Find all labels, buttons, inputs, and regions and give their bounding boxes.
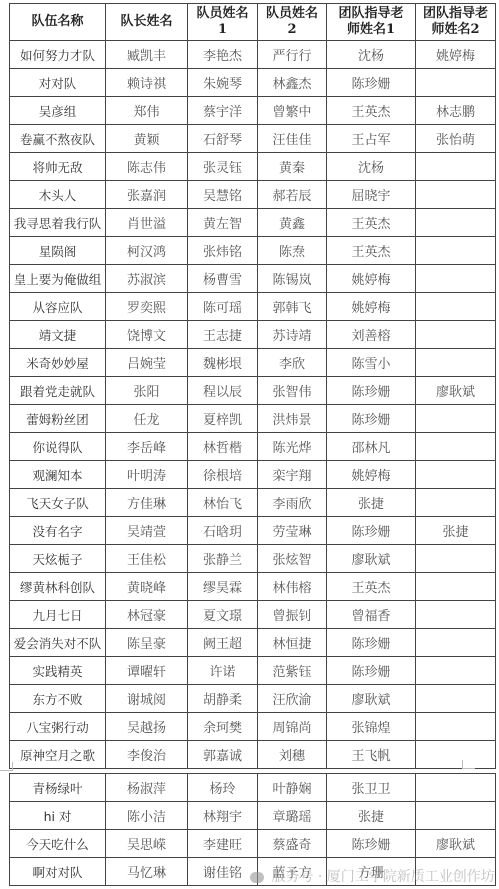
- cell-member-2: 曾繁中: [258, 97, 327, 125]
- table-row: 缪黄林科创队黄晓峰缪昊霖林伟榕王英杰: [10, 573, 496, 601]
- cell-advisor-2: [416, 573, 496, 601]
- team-roster-table: 队伍名称队长姓名队员姓名1队员姓名2团队指导老师姓名1团队指导老师姓名2 如何努…: [9, 3, 496, 769]
- cell-advisor-2: [416, 293, 496, 321]
- cell-member-2: 苏诗靖: [258, 321, 327, 349]
- column-header-member-2: 队员姓名2: [258, 4, 327, 41]
- cell-member-1: 张静兰: [188, 545, 258, 573]
- cell-captain-name: 陈志伟: [106, 153, 188, 181]
- cell-advisor-1: 陈珍姗: [327, 517, 416, 545]
- wechat-icon: [250, 872, 264, 883]
- table-row: 皇上要为俺做组苏淑滨杨曹雪陈锡岚姚婷梅: [10, 265, 496, 293]
- cell-member-1: 林翔宇: [188, 802, 258, 830]
- cell-member-2: 劳莹琳: [258, 517, 327, 545]
- cell-advisor-2: [416, 209, 496, 237]
- cell-member-2: 栾宇翔: [258, 461, 327, 489]
- cell-captain-name: 吴靖萱: [106, 517, 188, 545]
- cell-member-2: 郝若辰: [258, 181, 327, 209]
- cell-member-2: 张智伟: [258, 377, 327, 405]
- cell-member-1: 杨玲: [188, 774, 258, 802]
- cell-team-name: 星陨阁: [10, 237, 106, 265]
- column-header-captain-name: 队长姓名: [106, 4, 188, 41]
- cell-captain-name: 王佳松: [106, 545, 188, 573]
- cell-team-name: 缪黄林科创队: [10, 573, 106, 601]
- watermark: 服务号 · 厦门工学院新质工业创作坊: [250, 866, 495, 886]
- cell-advisor-2: [416, 405, 496, 433]
- cell-team-name: 九月七日: [10, 601, 106, 629]
- cell-team-name: 观澜知本: [10, 461, 106, 489]
- cell-member-2: 洪炜景: [258, 405, 327, 433]
- cell-team-name: 飞天女子队: [10, 489, 106, 517]
- cell-captain-name: 张嘉润: [106, 181, 188, 209]
- table-row: 青杨绿叶杨淑萍杨玲叶静娴张卫卫: [10, 774, 496, 802]
- cell-advisor-1: 张卫卫: [327, 774, 416, 802]
- cell-advisor-2: [416, 321, 496, 349]
- cell-captain-name: 任龙: [106, 405, 188, 433]
- table-row: 木头人张嘉润吴慧铭郝若辰屈晓宇: [10, 181, 496, 209]
- cell-advisor-1: 王英杰: [327, 573, 416, 601]
- cell-member-2: 严行行: [258, 41, 327, 69]
- cell-advisor-2: [416, 713, 496, 741]
- column-header-team-name: 队伍名称: [10, 4, 106, 41]
- roster-body: 如何努力才队臧凯丰李艳杰严行行沈杨姚婷梅对对队赖诗祺朱婉琴林鑫杰陈珍姗吴彦组郑伟…: [10, 41, 496, 769]
- cell-advisor-1: 陈珍姗: [327, 405, 416, 433]
- cell-advisor-1: 王英杰: [327, 97, 416, 125]
- table-row: 我寻思着我行队肖世溢黄左智黄鑫王英杰: [10, 209, 496, 237]
- cell-advisor-1: 姚婷梅: [327, 265, 416, 293]
- cell-member-2: 范紫钰: [258, 657, 327, 685]
- cell-member-2: 张炫智: [258, 545, 327, 573]
- cell-advisor-1: 张捷: [327, 489, 416, 517]
- cell-advisor-1: 王飞帆: [327, 741, 416, 769]
- cell-member-1: 谢佳铭: [188, 858, 258, 886]
- cell-advisor-1: 姚婷梅: [327, 461, 416, 489]
- cell-advisor-1: 邵林凡: [327, 433, 416, 461]
- table-row: 原神空月之歌李俊治郭嘉诚刘穗王飞帆: [10, 741, 496, 769]
- cell-member-1: 王志捷: [188, 321, 258, 349]
- cell-member-2: 林恒捷: [258, 629, 327, 657]
- cell-member-1: 夏文璟: [188, 601, 258, 629]
- page-break-mark-left: [0, 762, 13, 771]
- cell-advisor-1: 陈珍姗: [327, 69, 416, 97]
- cell-member-1: 石舒琴: [188, 125, 258, 153]
- cell-advisor-2: 廖耿斌: [416, 377, 496, 405]
- cell-member-1: 阙王超: [188, 629, 258, 657]
- cell-team-name: 米奇妙妙屋: [10, 349, 106, 377]
- cell-team-name: 爱会消失对不队: [10, 629, 106, 657]
- cell-member-2: 林伟榕: [258, 573, 327, 601]
- cell-advisor-2: [416, 153, 496, 181]
- cell-advisor-2: [416, 741, 496, 769]
- cell-member-2: 陈光烨: [258, 433, 327, 461]
- cell-captain-name: 赖诗祺: [106, 69, 188, 97]
- cell-team-name: 木头人: [10, 181, 106, 209]
- cell-member-2: 汪欣渝: [258, 685, 327, 713]
- cell-member-1: 夏梓凯: [188, 405, 258, 433]
- cell-member-2: 黄鑫: [258, 209, 327, 237]
- cell-member-1: 缪昊霖: [188, 573, 258, 601]
- cell-team-name: 实践精英: [10, 657, 106, 685]
- table-row: 九月七日林冠豪夏文璟曾振钊曾福香: [10, 601, 496, 629]
- cell-captain-name: 方佳琳: [106, 489, 188, 517]
- cell-advisor-2: [416, 489, 496, 517]
- cell-advisor-2: 林志鹏: [416, 97, 496, 125]
- cell-advisor-2: [416, 433, 496, 461]
- cell-captain-name: 叶明涛: [106, 461, 188, 489]
- cell-advisor-1: 沈杨: [327, 41, 416, 69]
- table-row: 如何努力才队臧凯丰李艳杰严行行沈杨姚婷梅: [10, 41, 496, 69]
- cell-member-1: 石晗玥: [188, 517, 258, 545]
- cell-advisor-2: 廖耿斌: [416, 830, 496, 858]
- cell-captain-name: 李俊治: [106, 741, 188, 769]
- column-header-advisor-2: 团队指导老师姓名2: [416, 4, 496, 41]
- table-row: 将帅无敌陈志伟张灵钰黄秦沈杨: [10, 153, 496, 181]
- cell-advisor-1: 陈雪小: [327, 349, 416, 377]
- table-row: 实践精英谭曜轩许诺范紫钰陈珍姗: [10, 657, 496, 685]
- cell-member-1: 李建旺: [188, 830, 258, 858]
- page-break-mark-right: [462, 760, 475, 769]
- cell-member-1: 蔡宇洋: [188, 97, 258, 125]
- cell-member-2: 刘穗: [258, 741, 327, 769]
- header-row: 队伍名称队长姓名队员姓名1队员姓名2团队指导老师姓名1团队指导老师姓名2: [10, 4, 496, 41]
- cell-captain-name: 张阳: [106, 377, 188, 405]
- table-row: 飞天女子队方佳琳林怡飞李雨欣张捷: [10, 489, 496, 517]
- cell-team-name: 从容应队: [10, 293, 106, 321]
- cell-member-1: 朱婉琴: [188, 69, 258, 97]
- cell-advisor-1: 陈珍姗: [327, 629, 416, 657]
- cell-team-name: 跟着党走就队: [10, 377, 106, 405]
- cell-member-1: 林怡飞: [188, 489, 258, 517]
- table-row: 靖文捷饶博文王志捷苏诗靖刘善榕: [10, 321, 496, 349]
- cell-team-name: 青杨绿叶: [10, 774, 106, 802]
- cell-advisor-2: 姚婷梅: [416, 41, 496, 69]
- cell-captain-name: 黄晓峰: [106, 573, 188, 601]
- cell-member-1: 李艳杰: [188, 41, 258, 69]
- cell-member-1: 徐根培: [188, 461, 258, 489]
- cell-advisor-1: 王占军: [327, 125, 416, 153]
- cell-advisor-2: [416, 69, 496, 97]
- cell-captain-name: 吴越扬: [106, 713, 188, 741]
- table-row: 没有名字吴靖萱石晗玥劳莹琳陈珍姗张捷: [10, 517, 496, 545]
- cell-advisor-2: [416, 237, 496, 265]
- cell-captain-name: 罗奕熙: [106, 293, 188, 321]
- cell-advisor-1: 陈珍姗: [327, 830, 416, 858]
- cell-advisor-1: 廖耿斌: [327, 545, 416, 573]
- cell-advisor-1: 王英杰: [327, 237, 416, 265]
- cell-team-name: 原神空月之歌: [10, 741, 106, 769]
- table-row: 爱会消失对不队陈呈豪阙王超林恒捷陈珍姗: [10, 629, 496, 657]
- column-header-advisor-1: 团队指导老师姓名1: [327, 4, 416, 41]
- watermark-text: 服务号 · 厦门工学院新质工业创作坊: [271, 869, 494, 885]
- cell-captain-name: 吴思嵘: [106, 830, 188, 858]
- cell-advisor-2: [416, 601, 496, 629]
- cell-team-name: 八宝粥行动: [10, 713, 106, 741]
- cell-captain-name: 李岳峰: [106, 433, 188, 461]
- cell-member-1: 许诺: [188, 657, 258, 685]
- cell-advisor-1: 陈珍姗: [327, 657, 416, 685]
- cell-member-1: 郭嘉诚: [188, 741, 258, 769]
- cell-captain-name: 谢城阅: [106, 685, 188, 713]
- cell-advisor-2: [416, 774, 496, 802]
- cell-member-2: 李欣: [258, 349, 327, 377]
- cell-team-name: 东方不败: [10, 685, 106, 713]
- table-row: 跟着党走就队张阳程以辰张智伟陈珍姗廖耿斌: [10, 377, 496, 405]
- table-row: 卷赢不熬夜队黄颖石舒琴汪佳佳王占军张怡萌: [10, 125, 496, 153]
- cell-advisor-2: [416, 265, 496, 293]
- cell-advisor-1: 姚婷梅: [327, 293, 416, 321]
- cell-advisor-2: 张怡萌: [416, 125, 496, 153]
- cell-captain-name: 饶博文: [106, 321, 188, 349]
- cell-member-2: 汪佳佳: [258, 125, 327, 153]
- cell-member-1: 胡静柔: [188, 685, 258, 713]
- cell-advisor-2: [416, 657, 496, 685]
- cell-member-1: 张炜铭: [188, 237, 258, 265]
- cell-team-name: 我寻思着我行队: [10, 209, 106, 237]
- cell-captain-name: 苏淑滨: [106, 265, 188, 293]
- cell-captain-name: 谭曜轩: [106, 657, 188, 685]
- cell-captain-name: 郑伟: [106, 97, 188, 125]
- cell-member-1: 林哲楷: [188, 433, 258, 461]
- cell-advisor-1: 刘善榕: [327, 321, 416, 349]
- cell-advisor-2: [416, 349, 496, 377]
- cell-advisor-2: [416, 629, 496, 657]
- cell-team-name: 如何努力才队: [10, 41, 106, 69]
- cell-advisor-2: 张捷: [416, 517, 496, 545]
- cell-captain-name: 柯汉鸿: [106, 237, 188, 265]
- cell-member-1: 余珂樊: [188, 713, 258, 741]
- cell-captain-name: 陈呈豪: [106, 629, 188, 657]
- cell-member-1: 张灵钰: [188, 153, 258, 181]
- table-row: 观澜知本叶明涛徐根培栾宇翔姚婷梅: [10, 461, 496, 489]
- cell-captain-name: 陈小洁: [106, 802, 188, 830]
- cell-team-name: 今天吃什么: [10, 830, 106, 858]
- cell-captain-name: 林冠豪: [106, 601, 188, 629]
- cell-team-name: 吴彦组: [10, 97, 106, 125]
- cell-member-2: 陈锡岚: [258, 265, 327, 293]
- cell-team-name: 皇上要为俺做组: [10, 265, 106, 293]
- cell-member-1: 程以辰: [188, 377, 258, 405]
- cell-advisor-2: [416, 461, 496, 489]
- cell-member-2: 林鑫杰: [258, 69, 327, 97]
- table-row: 蕾姆粉丝团任龙夏梓凯洪炜景陈珍姗: [10, 405, 496, 433]
- cell-member-2: 叶静娴: [258, 774, 327, 802]
- table-row: 吴彦组郑伟蔡宇洋曾繁中王英杰林志鹏: [10, 97, 496, 125]
- cell-member-1: 陈可瑶: [188, 293, 258, 321]
- cell-advisor-1: 王英杰: [327, 209, 416, 237]
- cell-member-2: 李雨欣: [258, 489, 327, 517]
- cell-advisor-1: 屈晓宇: [327, 181, 416, 209]
- cell-member-2: 陈焘: [258, 237, 327, 265]
- table-row: 从容应队罗奕熙陈可瑶郭韩飞姚婷梅: [10, 293, 496, 321]
- cell-member-2: 郭韩飞: [258, 293, 327, 321]
- cell-team-name: 对对队: [10, 69, 106, 97]
- cell-team-name: 你说得队: [10, 433, 106, 461]
- cell-advisor-1: 廖耿斌: [327, 685, 416, 713]
- cell-advisor-1: 曾福香: [327, 601, 416, 629]
- cell-advisor-1: 张捷: [327, 802, 416, 830]
- cell-team-name: hi 对: [10, 802, 106, 830]
- cell-team-name: 卷赢不熬夜队: [10, 125, 106, 153]
- table-row: 对对队赖诗祺朱婉琴林鑫杰陈珍姗: [10, 69, 496, 97]
- cell-team-name: 啊对对队: [10, 858, 106, 886]
- cell-team-name: 天炫栀子: [10, 545, 106, 573]
- cell-member-1: 黄左智: [188, 209, 258, 237]
- cell-member-2: 黄秦: [258, 153, 327, 181]
- table-row: 东方不败谢城阅胡静柔汪欣渝廖耿斌: [10, 685, 496, 713]
- cell-member-1: 吴慧铭: [188, 181, 258, 209]
- cell-member-2: 曾振钊: [258, 601, 327, 629]
- cell-advisor-2: [416, 685, 496, 713]
- cell-captain-name: 马忆琳: [106, 858, 188, 886]
- cell-member-1: 杨曹雪: [188, 265, 258, 293]
- table-row: 天炫栀子王佳松张静兰张炫智廖耿斌: [10, 545, 496, 573]
- column-header-member-1: 队员姓名1: [188, 4, 258, 41]
- cell-advisor-2: [416, 545, 496, 573]
- table-row: 米奇妙妙屋吕婉莹魏彬垠李欣陈雪小: [10, 349, 496, 377]
- cell-member-2: 周锦尚: [258, 713, 327, 741]
- cell-advisor-2: [416, 181, 496, 209]
- table-row: hi 对陈小洁林翔宇章璐瑶张捷: [10, 802, 496, 830]
- cell-captain-name: 肖世溢: [106, 209, 188, 237]
- cell-team-name: 没有名字: [10, 517, 106, 545]
- table-row: 你说得队李岳峰林哲楷陈光烨邵林凡: [10, 433, 496, 461]
- table-row: 星陨阁柯汉鸿张炜铭陈焘王英杰: [10, 237, 496, 265]
- cell-captain-name: 杨淑萍: [106, 774, 188, 802]
- cell-team-name: 蕾姆粉丝团: [10, 405, 106, 433]
- cell-team-name: 靖文捷: [10, 321, 106, 349]
- cell-member-1: 魏彬垠: [188, 349, 258, 377]
- cell-captain-name: 吕婉莹: [106, 349, 188, 377]
- table-row: 八宝粥行动吴越扬余珂樊周锦尚张锦煌: [10, 713, 496, 741]
- cell-member-2: 章璐瑶: [258, 802, 327, 830]
- table-row: 今天吃什么吴思嵘李建旺蔡盛奇陈珍姗廖耿斌: [10, 830, 496, 858]
- cell-advisor-1: 陈珍姗: [327, 377, 416, 405]
- cell-captain-name: 臧凯丰: [106, 41, 188, 69]
- cell-captain-name: 黄颖: [106, 125, 188, 153]
- cell-member-2: 蔡盛奇: [258, 830, 327, 858]
- cell-team-name: 将帅无敌: [10, 153, 106, 181]
- cell-advisor-1: 张锦煌: [327, 713, 416, 741]
- cell-advisor-1: 沈杨: [327, 153, 416, 181]
- cell-advisor-2: [416, 802, 496, 830]
